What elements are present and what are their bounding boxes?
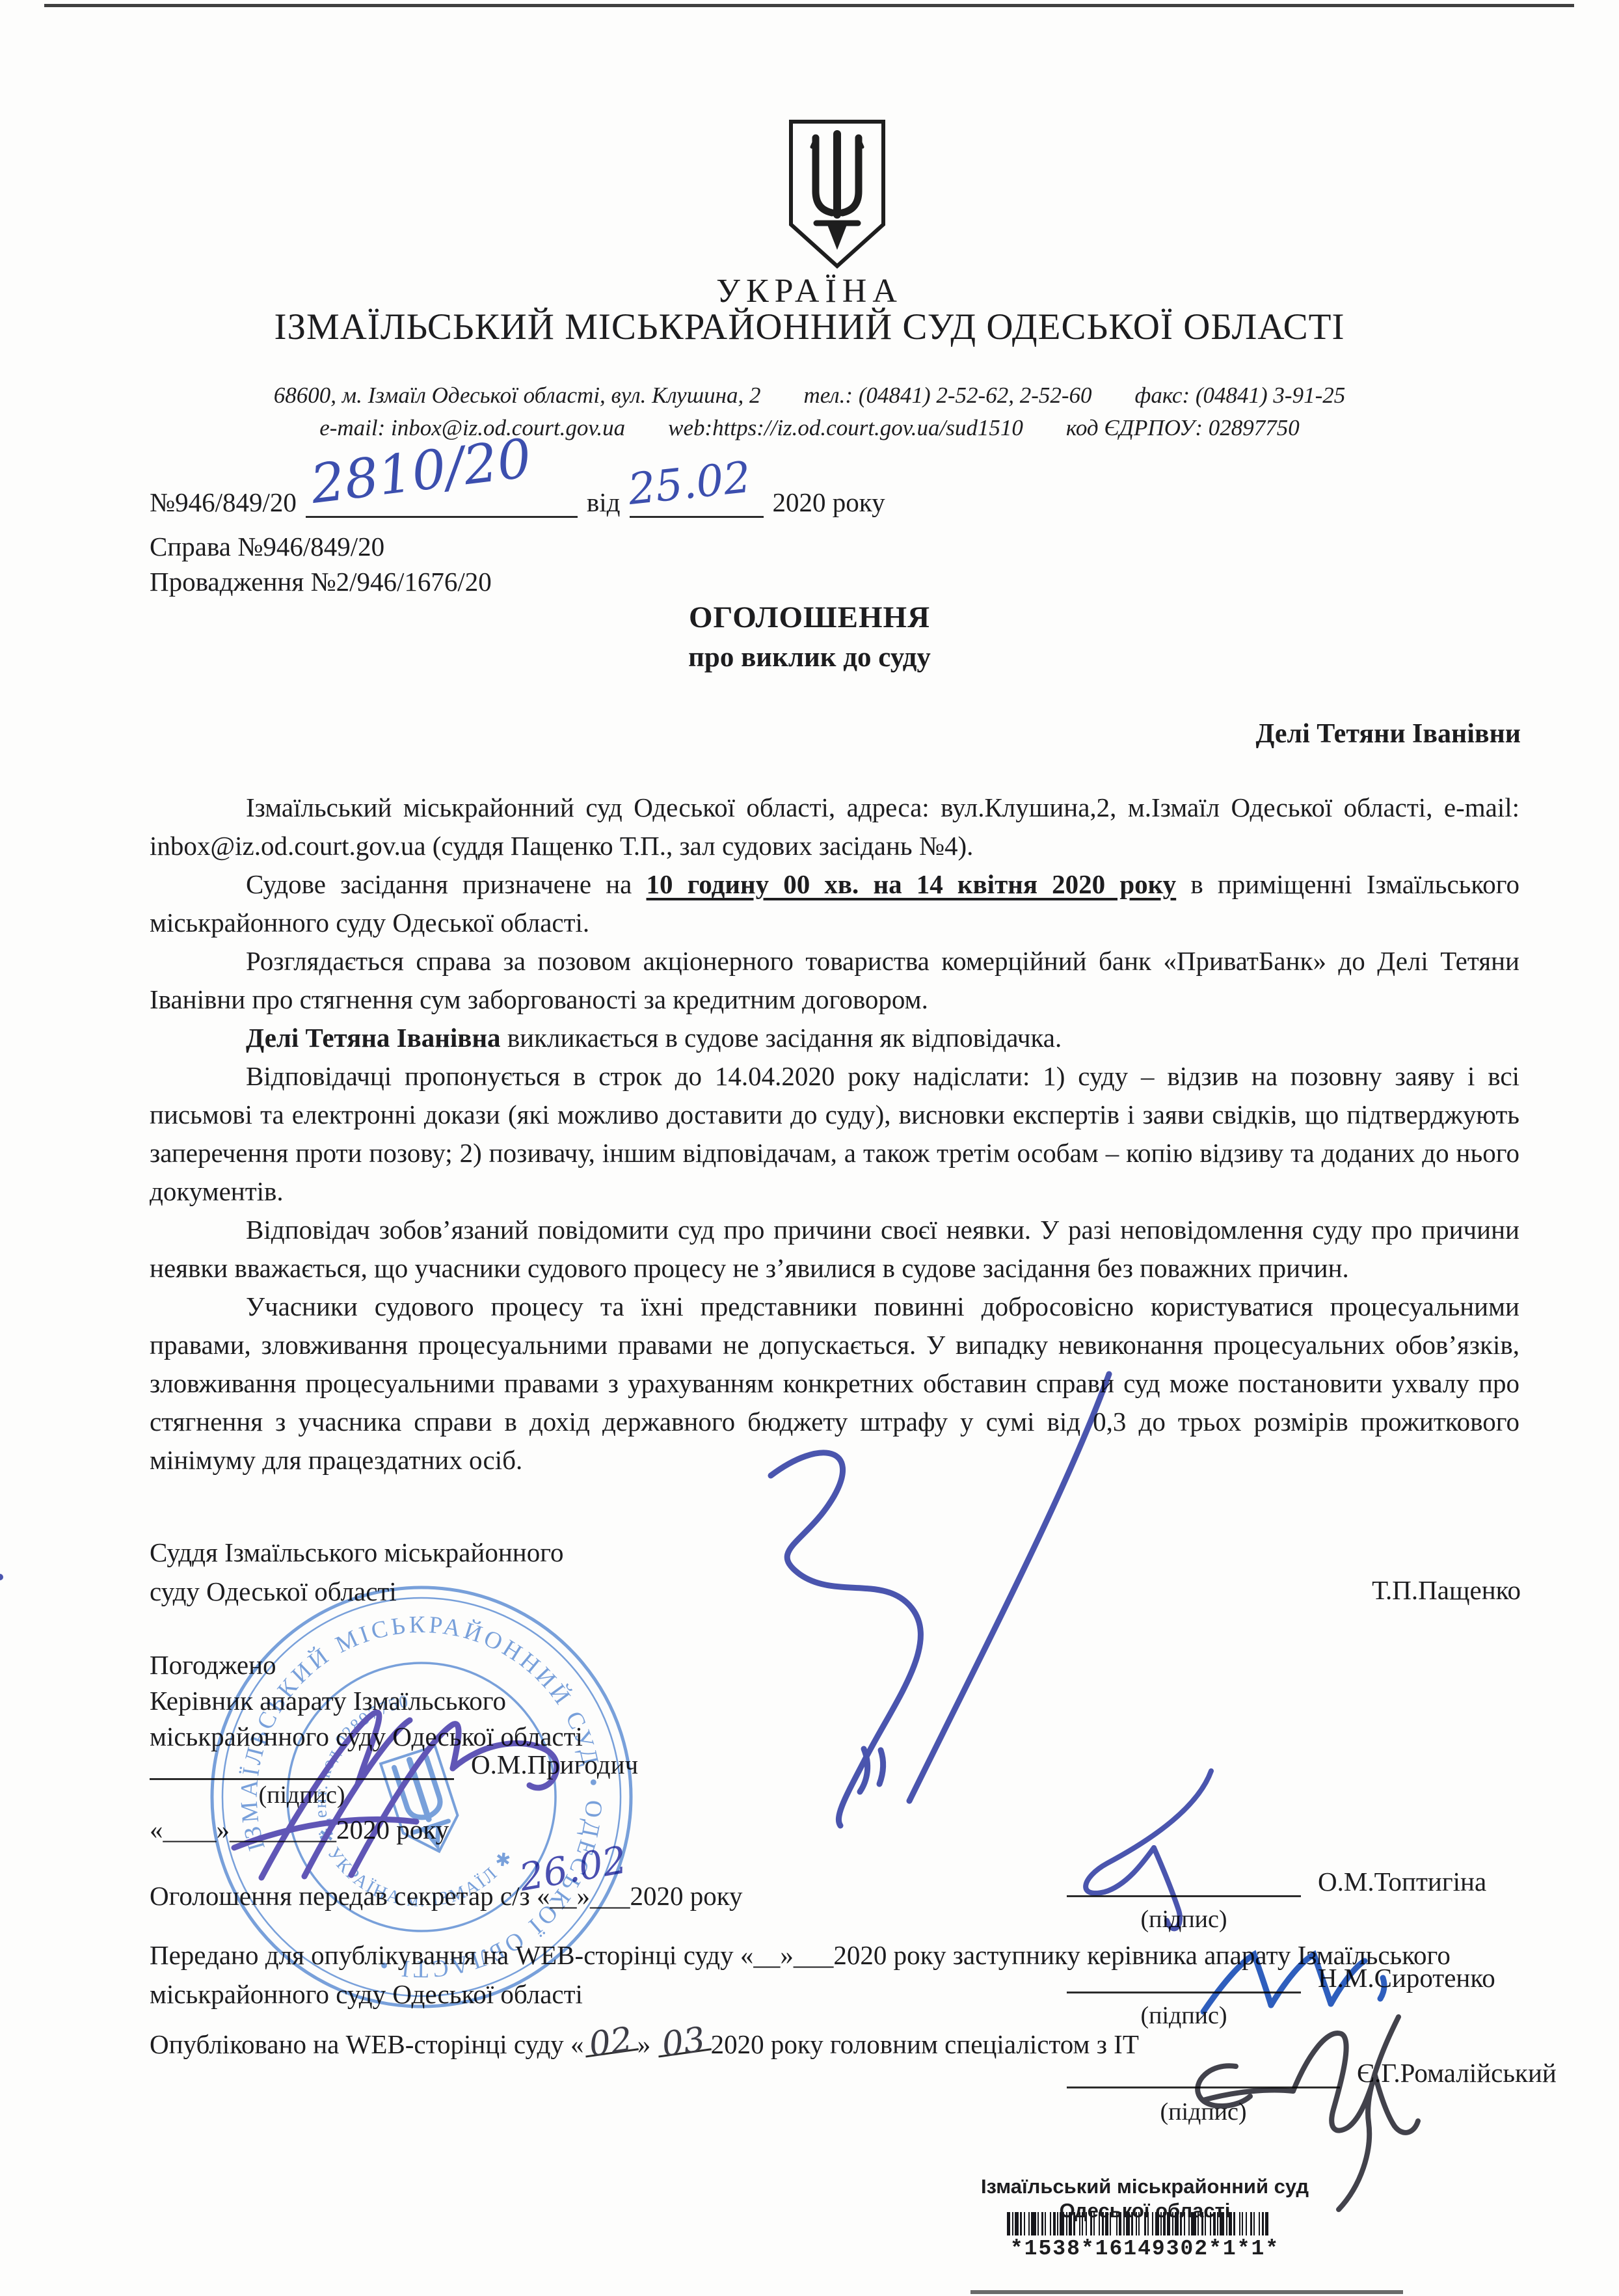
- document-body: Ізмаїльський міськрайонний суд Одеської …: [150, 789, 1519, 1479]
- approval-signature-row: О.М.Пригодич: [150, 1749, 638, 1780]
- announcement-subtitle: про виклик до суду: [0, 642, 1619, 673]
- hearing-datetime: 10 годину 00 хв. на 14 квітня 2020 року: [647, 869, 1177, 899]
- deputy-signature-row: Н.М.Сиротенко: [1067, 1962, 1495, 1993]
- published-pre: Опубліковано на WEB-сторінці суду «: [150, 2029, 584, 2059]
- published-line: Опубліковано на WEB-сторінці суду «02» 0…: [150, 2029, 1139, 2060]
- date-blank: 25.02: [630, 516, 764, 518]
- deputy-signature-blank: [1067, 1985, 1301, 1993]
- tryzub-emblem-icon: [784, 118, 890, 271]
- judge-role-line-1: Суддя Ізмаїльського міськрайонного: [150, 1537, 564, 1568]
- body-paragraph-2: Судове засідання призначене на 10 годину…: [150, 865, 1519, 942]
- published-mid: »: [637, 2029, 658, 2059]
- approval-signature-blank: [150, 1772, 454, 1780]
- letterhead-contact-line-1: 68600, м. Ізмаїл Одеської області, вул. …: [0, 383, 1619, 409]
- case-number-line: Справа №946/849/20: [150, 531, 384, 562]
- scanned-court-document-page: УКРАЇНА ІЗМАЇЛЬСЬКИЙ МІСЬКРАЙОННИЙ СУД О…: [0, 0, 1619, 2296]
- court-web: web:https://iz.od.court.gov.ua/sud1510: [668, 415, 1023, 441]
- country-name: УКРАЇНА: [0, 272, 1619, 310]
- body-paragraph-1: Ізмаїльський міськрайонний суд Одеської …: [150, 789, 1519, 865]
- body-paragraph-5: Відповідачці пропонується в строк до 14.…: [150, 1057, 1519, 1211]
- body-paragraph-3: Розглядається справа за позовом акціонер…: [150, 942, 1519, 1019]
- secretary-transfer-line: Оголошення передав секретар с/з «__»___2…: [150, 1880, 743, 1911]
- approval-date-blank: «____»________2020 року: [150, 1814, 449, 1845]
- outgoing-number-blank: 2810/20: [306, 516, 578, 518]
- secretary-name: О.М.Топтигіна: [1318, 1866, 1486, 1897]
- doc-number: №946/849/20: [150, 487, 297, 518]
- barcode: [1006, 2212, 1271, 2235]
- reference-number-line: №946/849/20 2810/20 від 25.02 2020 року: [150, 487, 885, 518]
- secretary-signature-blank: [1067, 1889, 1301, 1897]
- p2-pre: Судове засідання призначене на: [246, 869, 647, 899]
- year-label: 2020 року: [773, 487, 885, 518]
- letterhead-contact-line-2: e-mail: inbox@iz.od.court.gov.ua web:htt…: [0, 415, 1619, 441]
- handwritten-publish-month: 03: [656, 2029, 712, 2057]
- court-phone: тел.: (04841) 2-52-62, 2-52-60: [803, 383, 1091, 409]
- court-fax: факс: (04841) 3-91-25: [1135, 383, 1346, 409]
- announcement-title: ОГОЛОШЕННЯ: [0, 600, 1619, 635]
- deputy-name: Н.М.Сиротенко: [1318, 1962, 1495, 1993]
- scan-edge-line-top: [44, 4, 1574, 7]
- it-specialist-signature-row: Є.Г.Ромалійський: [1067, 2057, 1557, 2088]
- it-specialist-name: Є.Г.Ромалійський: [1357, 2057, 1557, 2088]
- court-address: 68600, м. Ізмаїл Одеської області, вул. …: [274, 383, 761, 409]
- scan-edge-line-bottom: [970, 2290, 1403, 2294]
- secretary-signature-row: О.М.Топтигіна: [1067, 1866, 1486, 1897]
- signature-caption: (підпис): [1067, 1905, 1301, 1934]
- approval-name: О.М.Пригодич: [471, 1749, 638, 1780]
- p4-rest: викликається в судове засідання як відпо…: [501, 1023, 1062, 1053]
- body-paragraph-4: Делі Тетяна Іванівна викликається в судо…: [150, 1019, 1519, 1057]
- judge-name: Т.П.Пащенко: [0, 1574, 1521, 1606]
- signature-caption: (підпис): [1067, 2001, 1301, 2030]
- addressee-name: Делі Тетяни Іванівни: [0, 718, 1521, 750]
- barcode-text: *1538*16149302*1*1*: [943, 2237, 1346, 2261]
- body-paragraph-7: Учасники судового процесу та їхні предст…: [150, 1288, 1519, 1479]
- proceeding-number-line: Провадження №2/946/1676/20: [150, 566, 492, 597]
- it-specialist-signature-blank: [1067, 2080, 1340, 2088]
- published-post: 2020 року головним спеціалістом з ІТ: [711, 2029, 1139, 2059]
- approval-role-line-2: міськрайонного суду Одеської області: [150, 1721, 583, 1752]
- defendant-name: Делі Тетяна Іванівна: [246, 1023, 501, 1053]
- handwritten-publish-day: 02: [583, 2029, 639, 2057]
- court-name-heading: ІЗМАЇЛЬСЬКИЙ МІСЬКРАЙОННИЙ СУД ОДЕСЬКОЇ …: [0, 306, 1619, 348]
- emblem-point: [827, 223, 848, 250]
- vid-label: від: [587, 487, 621, 518]
- handwritten-date: 25.02: [625, 452, 753, 515]
- body-paragraph-6: Відповідач зобов’язаний повідомити суд п…: [150, 1211, 1519, 1288]
- signature-caption: (підпис): [150, 1781, 454, 1809]
- approval-role-line-1: Керівник апарату Ізмаїльського: [150, 1685, 506, 1716]
- approval-label: Погоджено: [150, 1649, 276, 1681]
- court-edrpou: код ЄДРПОУ: 02897750: [1066, 415, 1300, 441]
- signature-caption: (підпис): [1067, 2098, 1340, 2126]
- footer-court-line-1: Ізмаїльський міськрайонний суд: [943, 2174, 1346, 2198]
